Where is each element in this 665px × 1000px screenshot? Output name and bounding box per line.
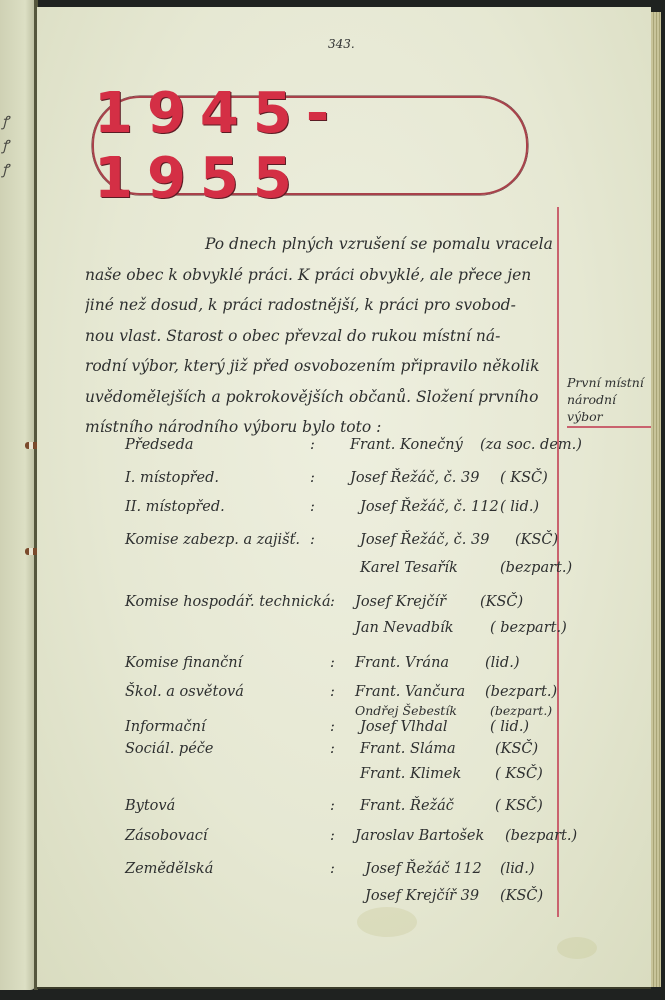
member-party: ( lid.) bbox=[500, 499, 539, 515]
separator: : bbox=[330, 655, 335, 671]
member-party: ( bezpart.) bbox=[490, 620, 567, 636]
member-name: Frant. Klimek bbox=[360, 766, 461, 782]
member-name: Jan Nevadbík bbox=[355, 620, 454, 636]
member-name: Frant. Konečný bbox=[350, 437, 463, 453]
member-party: ( lid.) bbox=[490, 719, 529, 735]
adjacent-left-page: ꝭꝭꝭ bbox=[0, 0, 36, 990]
separator: : bbox=[330, 798, 335, 814]
paper-stain bbox=[557, 937, 597, 959]
separator: : bbox=[310, 470, 315, 486]
member-name: Frant. Řežáč bbox=[360, 798, 454, 814]
paragraph-line: uvědomělejších a pokrokovějších občanů. … bbox=[85, 382, 565, 413]
member-role: Zásobovací bbox=[125, 828, 208, 844]
paragraph-line: rodní výbor, který již před osvobozením … bbox=[85, 351, 565, 382]
member-name: Frant. Sláma bbox=[360, 741, 456, 757]
member-role: Informační bbox=[125, 719, 206, 735]
member-party: (lid.) bbox=[500, 861, 534, 877]
member-role: Komise zabezp. a zajišť. bbox=[125, 532, 300, 548]
separator: : bbox=[330, 719, 335, 735]
paragraph-line: jiné než dosud, k práci radostnější, k p… bbox=[85, 290, 565, 321]
margin-note-line: národní výbor bbox=[567, 391, 651, 428]
member-party: (za soc. dem.) bbox=[480, 437, 582, 453]
member-party: (bezpart.) bbox=[485, 684, 557, 700]
member-role: II. místopřed. bbox=[125, 499, 225, 515]
margin-note: První místní národní výbor bbox=[567, 374, 651, 428]
member-party: ( KSČ) bbox=[495, 766, 543, 782]
member-party: (KSČ) bbox=[480, 594, 523, 610]
separator: : bbox=[330, 828, 335, 844]
member-role: I. místopřed. bbox=[125, 470, 219, 486]
separator: : bbox=[330, 861, 335, 877]
member-name: Frant. Vančura bbox=[355, 684, 465, 700]
title-frame: 1945-1955 bbox=[92, 96, 528, 195]
member-name: Josef Řežáč 112 bbox=[365, 861, 482, 877]
member-role: Sociál. péče bbox=[125, 741, 214, 757]
member-party: (bezpart.) bbox=[505, 828, 577, 844]
paper-stain bbox=[357, 907, 417, 937]
member-party: ( KSČ) bbox=[500, 470, 548, 486]
separator: : bbox=[330, 684, 335, 700]
member-party: (KSČ) bbox=[500, 888, 543, 904]
page-title: 1945-1955 bbox=[94, 81, 526, 211]
paragraph-line: Po dnech plných vzrušení se pomalu vrace… bbox=[85, 229, 565, 260]
member-name: Karel Tesařík bbox=[360, 560, 458, 576]
member-role: Bytová bbox=[125, 798, 175, 814]
left-page-handwriting-fragment: ꝭꝭꝭ bbox=[2, 110, 16, 182]
member-party: (KSČ) bbox=[495, 741, 538, 757]
separator: : bbox=[330, 741, 335, 757]
member-name: Jaroslav Bartošek bbox=[355, 828, 484, 844]
member-name: Josef Řežáč, č. 39 bbox=[350, 470, 479, 486]
separator: : bbox=[310, 499, 315, 515]
member-role: Komise finanční bbox=[125, 655, 242, 671]
member-name: Josef Řežáč, č. 112 bbox=[360, 499, 499, 515]
page-number: 343. bbox=[328, 37, 355, 51]
chronicle-page: 343. 1945-1955 Po dnech plných vzrušení … bbox=[37, 7, 651, 989]
member-name: Ondřej Šebestík bbox=[355, 703, 457, 718]
member-party: (bezpart.) bbox=[500, 560, 572, 576]
paragraph-line: naše obec k obvyklé práci. K práci obvyk… bbox=[85, 260, 565, 291]
member-name: Josef Vlhdal bbox=[360, 719, 448, 735]
member-role: Zemědělská bbox=[125, 861, 213, 877]
member-name: Josef Krejčíř bbox=[355, 594, 446, 610]
member-party: (lid.) bbox=[485, 655, 519, 671]
member-role: Předseda bbox=[125, 437, 194, 453]
member-name: Josef Krejčíř 39 bbox=[365, 888, 479, 904]
page-stack-edge bbox=[651, 12, 661, 987]
member-name: Josef Řežáč, č. 39 bbox=[360, 532, 489, 548]
separator: : bbox=[330, 594, 335, 610]
separator: : bbox=[310, 437, 315, 453]
member-party: (KSČ) bbox=[515, 532, 558, 548]
member-role: Komise hospodář. technická bbox=[125, 594, 331, 610]
member-name: Frant. Vrána bbox=[355, 655, 449, 671]
paragraph-line: nou vlast. Starost o obec převzal do ruk… bbox=[85, 321, 565, 352]
margin-note-line: První místní bbox=[567, 374, 651, 391]
member-role: Škol. a osvětová bbox=[125, 684, 244, 700]
separator: : bbox=[310, 532, 315, 548]
member-party: (bezpart.) bbox=[490, 703, 552, 718]
intro-paragraph: Po dnech plných vzrušení se pomalu vrace… bbox=[85, 229, 565, 443]
member-party: ( KSČ) bbox=[495, 798, 543, 814]
